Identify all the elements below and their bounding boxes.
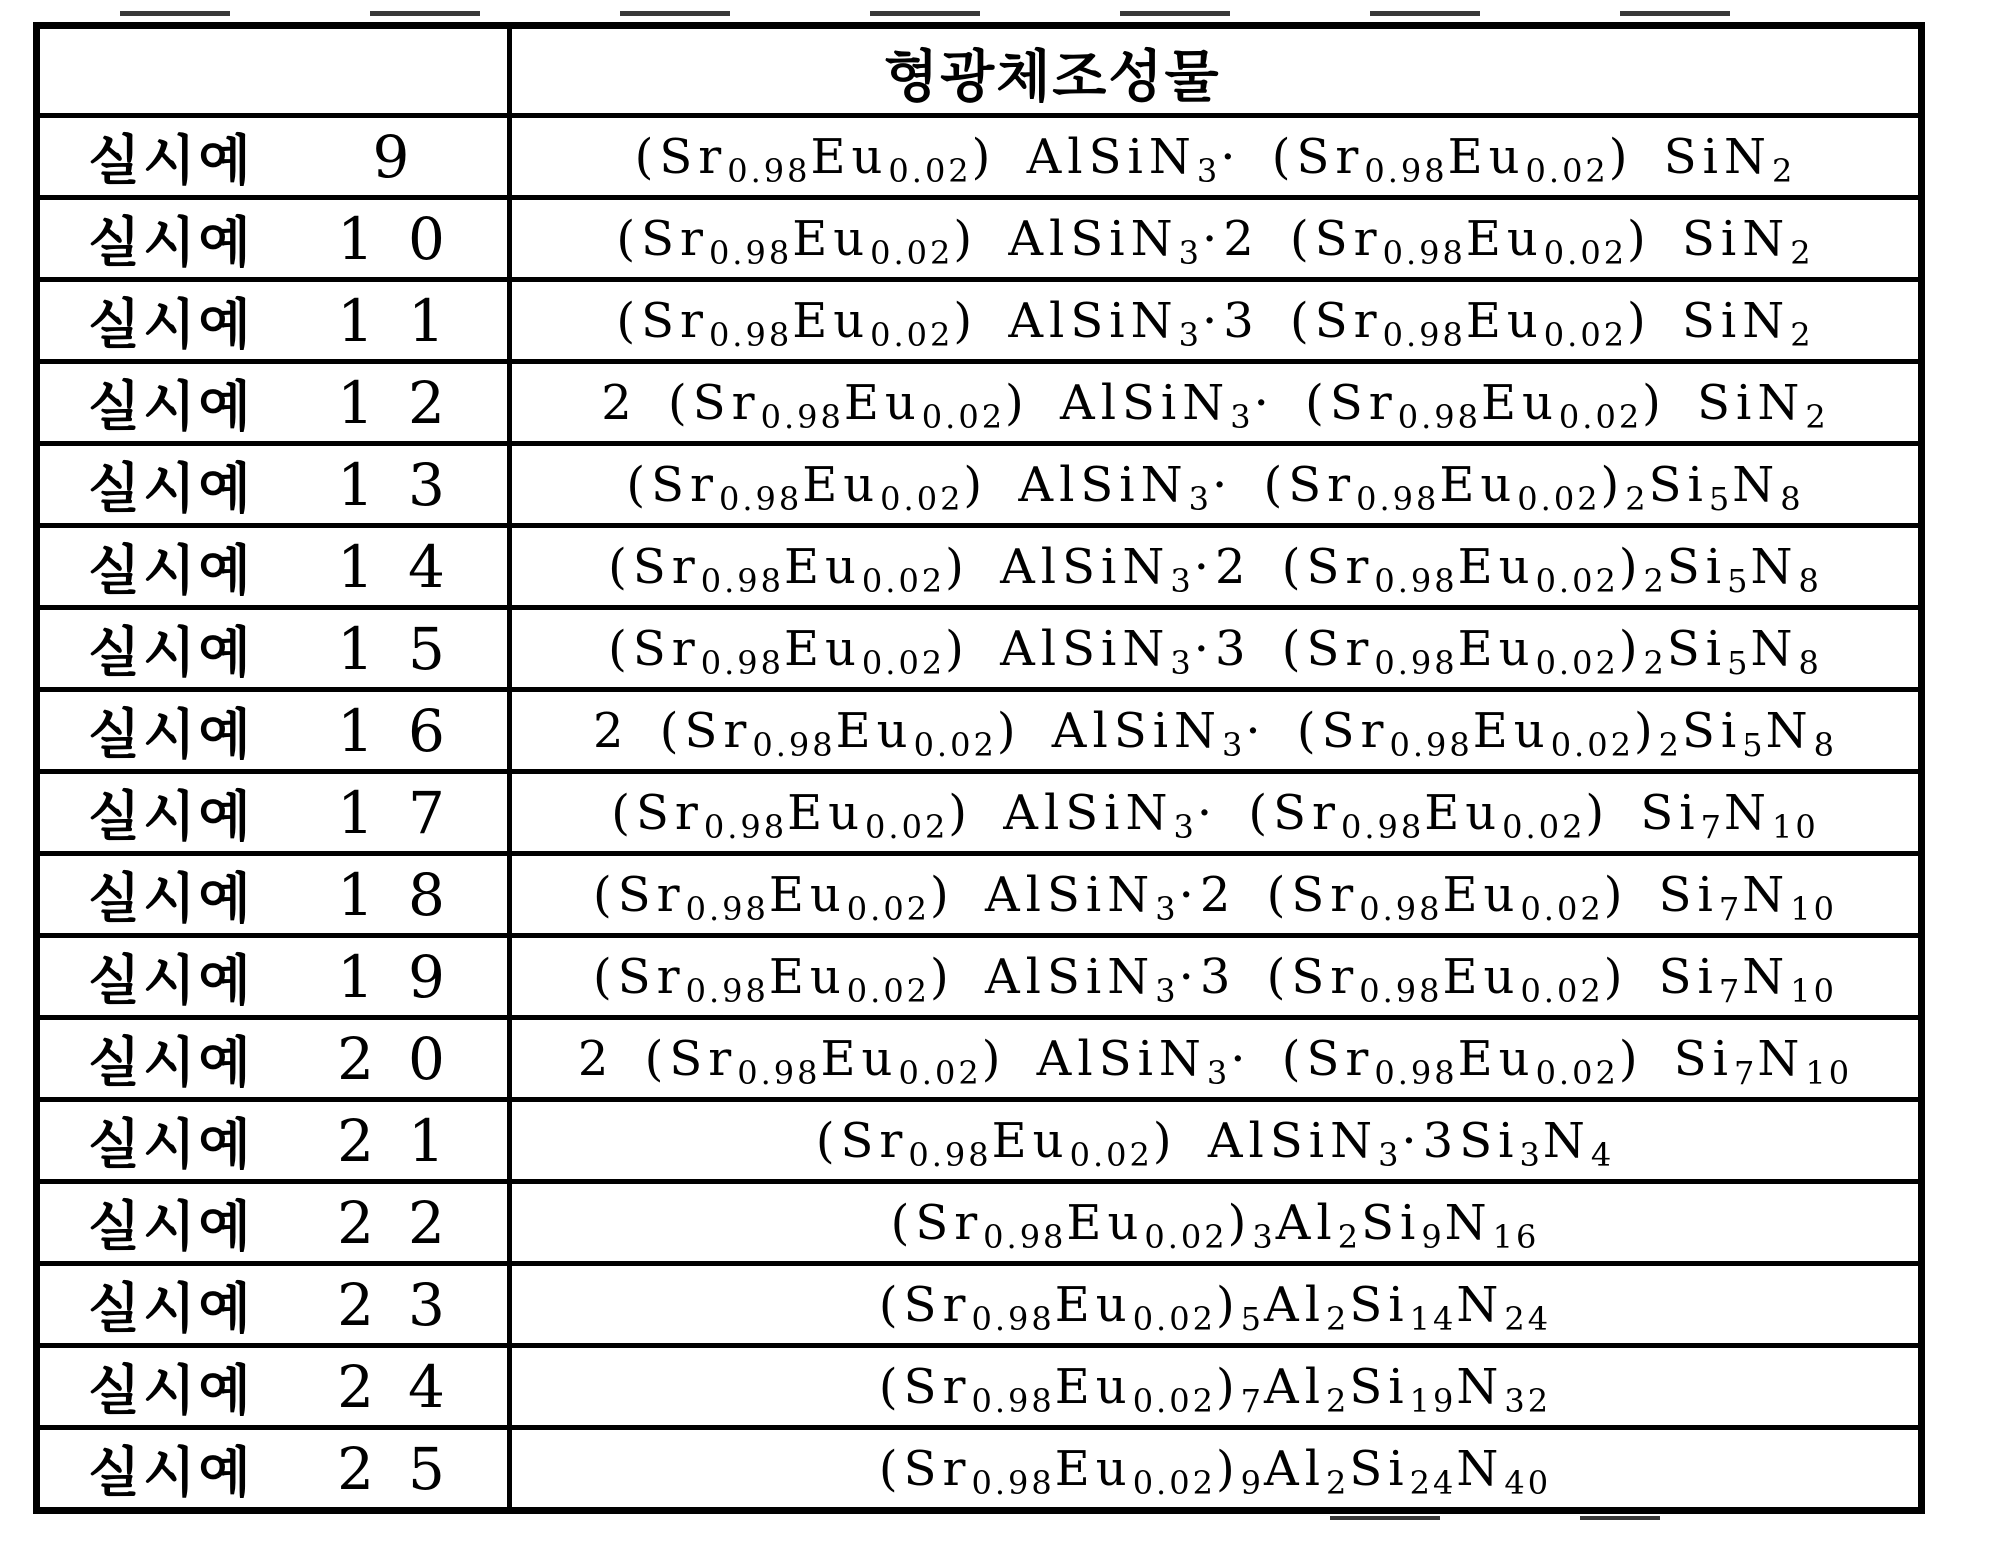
formula-cell: 2 (Sr0.98Eu0.02) AlSiN3· (Sr0.98Eu0.02) … [510, 1018, 1922, 1100]
subscript: 0.98 [709, 316, 792, 354]
subscript: 0.98 [1374, 1054, 1457, 1092]
subscript: 0.98 [1374, 644, 1457, 682]
example-label-wrap: 실시예24 [40, 1348, 507, 1425]
subscript: 0.02 [862, 562, 945, 600]
subscript: 3 [1378, 1136, 1401, 1174]
subscript: 0.02 [1559, 398, 1642, 436]
table-row: 실시예9(Sr0.98Eu0.02) AlSiN3· (Sr0.98Eu0.02… [37, 116, 1922, 198]
example-label-wrap: 실시예21 [40, 1102, 507, 1179]
example-number: 10 [337, 205, 479, 273]
example-label: 실시예 [88, 1184, 254, 1261]
formula-cell: (Sr0.98Eu0.02) AlSiN3·2 (Sr0.98Eu0.02) S… [510, 854, 1922, 936]
example-cell: 실시예22 [37, 1182, 510, 1264]
subscript: 3 [1197, 152, 1220, 190]
subscript: 7 [1719, 890, 1742, 928]
subscript: 3 [1155, 890, 1178, 928]
subscript: 24 [1410, 1464, 1457, 1502]
subscript: 0.98 [971, 1300, 1054, 1338]
subscript: 0.98 [971, 1464, 1054, 1502]
subscript: 2 [1790, 316, 1813, 354]
example-label-wrap: 실시예13 [40, 446, 507, 523]
subscript: 8 [1799, 644, 1822, 682]
subscript: 0.02 [1526, 152, 1609, 190]
example-cell: 실시예17 [37, 772, 510, 854]
subscript: 40 [1504, 1464, 1551, 1502]
subscript: 0.02 [862, 644, 945, 682]
subscript: 0.98 [704, 808, 787, 846]
subscript: 0.02 [914, 726, 997, 764]
subscript: 2 [1659, 726, 1682, 764]
subscript: 3 [1207, 1054, 1230, 1092]
subscript: 3 [1230, 398, 1253, 436]
subscript: 2 [1790, 234, 1813, 272]
subscript: 0.02 [1551, 726, 1634, 764]
subscript: 16 [1493, 1218, 1540, 1256]
example-number: 15 [337, 615, 479, 683]
subscript: 0.98 [737, 1054, 820, 1092]
example-label-wrap: 실시예20 [40, 1020, 507, 1097]
subscript: 0.98 [701, 562, 784, 600]
subscript: 0.02 [865, 808, 948, 846]
subscript: 0.98 [686, 890, 769, 928]
subscript: 0.98 [1383, 316, 1466, 354]
subscript: 3 [1252, 1218, 1275, 1256]
subscript: 0.02 [847, 890, 930, 928]
example-cell: 실시예12 [37, 362, 510, 444]
subscript: 0.98 [1398, 398, 1481, 436]
example-label: 실시예 [88, 282, 254, 359]
example-cell: 실시예14 [37, 526, 510, 608]
example-label-wrap: 실시예12 [40, 364, 507, 441]
subscript: 3 [1519, 1136, 1542, 1174]
formula-cell: (Sr0.98Eu0.02) AlSiN3·3 (Sr0.98Eu0.02) S… [510, 936, 1922, 1018]
subscript: 3 [1170, 644, 1193, 682]
formula-cell: (Sr0.98Eu0.02)3Al2Si9N16 [510, 1182, 1922, 1264]
subscript: 0.02 [1517, 480, 1600, 518]
example-label-wrap: 실시예15 [40, 610, 507, 687]
subscript: 7 [1719, 972, 1742, 1010]
example-label-wrap: 실시예23 [40, 1266, 507, 1343]
formula-cell: (Sr0.98Eu0.02)9Al2Si24N40 [510, 1428, 1922, 1511]
formula-cell: (Sr0.98Eu0.02) AlSiN3·2 (Sr0.98Eu0.02) S… [510, 198, 1922, 280]
subscript: 0.98 [1356, 480, 1439, 518]
subscript: 7 [1701, 808, 1724, 846]
subscript: 0.98 [686, 972, 769, 1010]
header-row: 형광체조성물 [37, 26, 1922, 116]
example-label: 실시예 [88, 446, 254, 523]
subscript: 3 [1189, 480, 1212, 518]
table-row: 실시예17(Sr0.98Eu0.02) AlSiN3· (Sr0.98Eu0.0… [37, 772, 1922, 854]
subscript: 0.02 [1536, 562, 1619, 600]
subscript: 0.98 [761, 398, 844, 436]
phosphor-composition-table: 형광체조성물 실시예9(Sr0.98Eu0.02) AlSiN3· (Sr0.9… [33, 22, 1925, 1514]
example-cell: 실시예18 [37, 854, 510, 936]
formula-cell: (Sr0.98Eu0.02) AlSiN3·2 (Sr0.98Eu0.02)2S… [510, 526, 1922, 608]
table-row: 실시예14(Sr0.98Eu0.02) AlSiN3·2 (Sr0.98Eu0.… [37, 526, 1922, 608]
subscript: 3 [1170, 562, 1193, 600]
subscript: 2 [1644, 562, 1667, 600]
subscript: 24 [1504, 1300, 1551, 1338]
example-number: 24 [337, 1353, 479, 1421]
subscript: 3 [1179, 234, 1202, 272]
table-row: 실시예21(Sr0.98Eu0.02) AlSiN3·3Si3N4 [37, 1100, 1922, 1182]
subscript: 2 [1326, 1382, 1349, 1420]
subscript: 0.98 [1383, 234, 1466, 272]
subscript: 8 [1799, 562, 1822, 600]
subscript: 3 [1179, 316, 1202, 354]
header-cell-empty [37, 26, 510, 116]
example-label-wrap: 실시예10 [40, 200, 507, 277]
example-label-wrap: 실시예14 [40, 528, 507, 605]
table-row: 실시예24(Sr0.98Eu0.02)7Al2Si19N32 [37, 1346, 1922, 1428]
example-number: 19 [337, 943, 479, 1011]
example-label: 실시예 [88, 364, 254, 441]
table-row: 실시예13(Sr0.98Eu0.02) AlSiN3· (Sr0.98Eu0.0… [37, 444, 1922, 526]
example-cell: 실시예24 [37, 1346, 510, 1428]
subscript: 10 [1805, 1054, 1852, 1092]
subscript: 2 [1326, 1300, 1349, 1338]
subscript: 2 [1338, 1218, 1361, 1256]
column-title: 형광체조성물 [884, 45, 1221, 108]
formula-cell: (Sr0.98Eu0.02) AlSiN3·3 (Sr0.98Eu0.02) S… [510, 280, 1922, 362]
subscript: 7 [1734, 1054, 1757, 1092]
subscript: 0.02 [847, 972, 930, 1010]
table-row: 실시예10(Sr0.98Eu0.02) AlSiN3·2 (Sr0.98Eu0.… [37, 198, 1922, 280]
table-row: 실시예18(Sr0.98Eu0.02) AlSiN3·2 (Sr0.98Eu0.… [37, 854, 1922, 936]
subscript: 0.02 [1133, 1382, 1216, 1420]
example-label: 실시예 [88, 1348, 254, 1425]
subscript: 5 [1727, 644, 1750, 682]
subscript: 10 [1790, 890, 1837, 928]
table-row: 실시예23(Sr0.98Eu0.02)5Al2Si14N24 [37, 1264, 1922, 1346]
subscript: 5 [1727, 562, 1750, 600]
example-cell: 실시예20 [37, 1018, 510, 1100]
subscript: 19 [1410, 1382, 1457, 1420]
example-number: 20 [337, 1025, 479, 1093]
table-row: 실시예15(Sr0.98Eu0.02) AlSiN3·3 (Sr0.98Eu0.… [37, 608, 1922, 690]
example-number: 21 [337, 1107, 479, 1175]
subscript: 0.02 [1070, 1136, 1153, 1174]
example-label-wrap: 실시예25 [40, 1430, 507, 1507]
subscript: 8 [1780, 480, 1803, 518]
example-label-wrap: 실시예17 [40, 774, 507, 851]
example-number: 22 [337, 1189, 479, 1257]
example-label: 실시예 [88, 774, 254, 851]
subscript: 2 [1644, 644, 1667, 682]
example-cell: 실시예23 [37, 1264, 510, 1346]
example-label: 실시예 [88, 1266, 254, 1343]
example-label: 실시예 [88, 200, 254, 277]
subscript: 8 [1814, 726, 1837, 764]
subscript: 3 [1155, 972, 1178, 1010]
subscript: 0.98 [1389, 726, 1472, 764]
subscript: 0.02 [880, 480, 963, 518]
example-cell: 실시예10 [37, 198, 510, 280]
example-number: 14 [337, 533, 479, 601]
subscript: 4 [1591, 1136, 1614, 1174]
example-label-wrap: 실시예18 [40, 856, 507, 933]
subscript: 0.02 [1502, 808, 1585, 846]
example-cell: 실시예21 [37, 1100, 510, 1182]
table-row: 실시예22(Sr0.98Eu0.02)3Al2Si9N16 [37, 1182, 1922, 1264]
table-row: 실시예162 (Sr0.98Eu0.02) AlSiN3· (Sr0.98Eu0… [37, 690, 1922, 772]
subscript: 32 [1504, 1382, 1551, 1420]
subscript: 0.98 [701, 644, 784, 682]
example-number: 17 [337, 779, 479, 847]
subscript: 2 [1805, 398, 1828, 436]
table-row: 실시예25(Sr0.98Eu0.02)9Al2Si24N40 [37, 1428, 1922, 1511]
subscript: 0.02 [1536, 1054, 1619, 1092]
subscript: 0.98 [1364, 152, 1447, 190]
subscript: 0.02 [870, 316, 953, 354]
example-cell: 실시예15 [37, 608, 510, 690]
subscript: 14 [1410, 1300, 1457, 1338]
subscript: 0.98 [983, 1218, 1066, 1256]
example-label: 실시예 [88, 118, 254, 195]
example-label-wrap: 실시예16 [40, 692, 507, 769]
example-label: 실시예 [88, 856, 254, 933]
header-cell-title: 형광체조성물 [510, 26, 1922, 116]
example-label-wrap: 실시예9 [40, 118, 507, 195]
subscript: 0.02 [1544, 234, 1627, 272]
example-number: 23 [337, 1271, 479, 1339]
subscript: 0.02 [888, 152, 971, 190]
example-number: 9 [337, 123, 479, 191]
example-label: 실시예 [88, 692, 254, 769]
subscript: 0.98 [908, 1136, 991, 1174]
subscript: 5 [1709, 480, 1732, 518]
subscript: 0.02 [1133, 1464, 1216, 1502]
example-label-wrap: 실시예11 [40, 282, 507, 359]
example-number: 25 [337, 1435, 479, 1503]
subscript: 10 [1772, 808, 1819, 846]
example-label: 실시예 [88, 528, 254, 605]
subscript: 2 [1326, 1464, 1349, 1502]
formula-cell: (Sr0.98Eu0.02)7Al2Si19N32 [510, 1346, 1922, 1428]
example-cell: 실시예11 [37, 280, 510, 362]
subscript: 0.98 [752, 726, 835, 764]
table-body: 실시예9(Sr0.98Eu0.02) AlSiN3· (Sr0.98Eu0.02… [37, 116, 1922, 1511]
subscript: 0.02 [1544, 316, 1627, 354]
example-label: 실시예 [88, 938, 254, 1015]
example-label: 실시예 [88, 1102, 254, 1179]
example-number: 13 [337, 451, 479, 519]
example-number: 11 [337, 287, 479, 355]
formula-cell: (Sr0.98Eu0.02) AlSiN3·3 (Sr0.98Eu0.02)2S… [510, 608, 1922, 690]
table-row: 실시예19(Sr0.98Eu0.02) AlSiN3·3 (Sr0.98Eu0.… [37, 936, 1922, 1018]
example-cell: 실시예9 [37, 116, 510, 198]
example-cell: 실시예19 [37, 936, 510, 1018]
example-label: 실시예 [88, 1430, 254, 1507]
example-number: 12 [337, 369, 479, 437]
subscript: 0.98 [1359, 972, 1442, 1010]
example-number: 18 [337, 861, 479, 929]
subscript: 0.98 [727, 152, 810, 190]
formula-cell: 2 (Sr0.98Eu0.02) AlSiN3· (Sr0.98Eu0.02)2… [510, 690, 1922, 772]
example-number: 16 [337, 697, 479, 765]
subscript: 0.02 [870, 234, 953, 272]
formula-cell: (Sr0.98Eu0.02) AlSiN3· (Sr0.98Eu0.02) Si… [510, 116, 1922, 198]
table-row: 실시예122 (Sr0.98Eu0.02) AlSiN3· (Sr0.98Eu0… [37, 362, 1922, 444]
subscript: 0.02 [1536, 644, 1619, 682]
formula-cell: (Sr0.98Eu0.02) AlSiN3· (Sr0.98Eu0.02)2Si… [510, 444, 1922, 526]
formula-cell: (Sr0.98Eu0.02) AlSiN3·3Si3N4 [510, 1100, 1922, 1182]
subscript: 0.02 [1133, 1300, 1216, 1338]
subscript: 0.02 [898, 1054, 981, 1092]
example-cell: 실시예25 [37, 1428, 510, 1511]
subscript: 5 [1742, 726, 1765, 764]
subscript: 0.02 [1520, 972, 1603, 1010]
subscript: 3 [1174, 808, 1197, 846]
example-label-wrap: 실시예22 [40, 1184, 507, 1261]
scan-artifact-line [1330, 1516, 1660, 1520]
subscript: 7 [1241, 1382, 1264, 1420]
subscript: 0.98 [1341, 808, 1424, 846]
subscript: 0.02 [1520, 890, 1603, 928]
example-label: 실시예 [88, 610, 254, 687]
formula-cell: (Sr0.98Eu0.02) AlSiN3· (Sr0.98Eu0.02) Si… [510, 772, 1922, 854]
subscript: 0.98 [719, 480, 802, 518]
formula-cell: 2 (Sr0.98Eu0.02) AlSiN3· (Sr0.98Eu0.02) … [510, 362, 1922, 444]
patent-table-page: 형광체조성물 실시예9(Sr0.98Eu0.02) AlSiN3· (Sr0.9… [0, 0, 2012, 1560]
subscript: 0.02 [922, 398, 1005, 436]
subscript: 0.98 [1374, 562, 1457, 600]
table-row: 실시예202 (Sr0.98Eu0.02) AlSiN3· (Sr0.98Eu0… [37, 1018, 1922, 1100]
subscript: 0.98 [971, 1382, 1054, 1420]
subscript: 2 [1772, 152, 1795, 190]
example-label: 실시예 [88, 1020, 254, 1097]
subscript: 5 [1241, 1300, 1264, 1338]
subscript: 9 [1421, 1218, 1444, 1256]
subscript: 0.98 [1359, 890, 1442, 928]
subscript: 0.02 [1144, 1218, 1227, 1256]
formula-cell: (Sr0.98Eu0.02)5Al2Si14N24 [510, 1264, 1922, 1346]
subscript: 3 [1222, 726, 1245, 764]
example-cell: 실시예16 [37, 690, 510, 772]
scan-artifact-line [120, 11, 1820, 16]
table-row: 실시예11(Sr0.98Eu0.02) AlSiN3·3 (Sr0.98Eu0.… [37, 280, 1922, 362]
subscript: 2 [1625, 480, 1648, 518]
example-label-wrap: 실시예19 [40, 938, 507, 1015]
subscript: 9 [1241, 1464, 1264, 1502]
example-cell: 실시예13 [37, 444, 510, 526]
subscript: 0.98 [709, 234, 792, 272]
subscript: 10 [1790, 972, 1837, 1010]
